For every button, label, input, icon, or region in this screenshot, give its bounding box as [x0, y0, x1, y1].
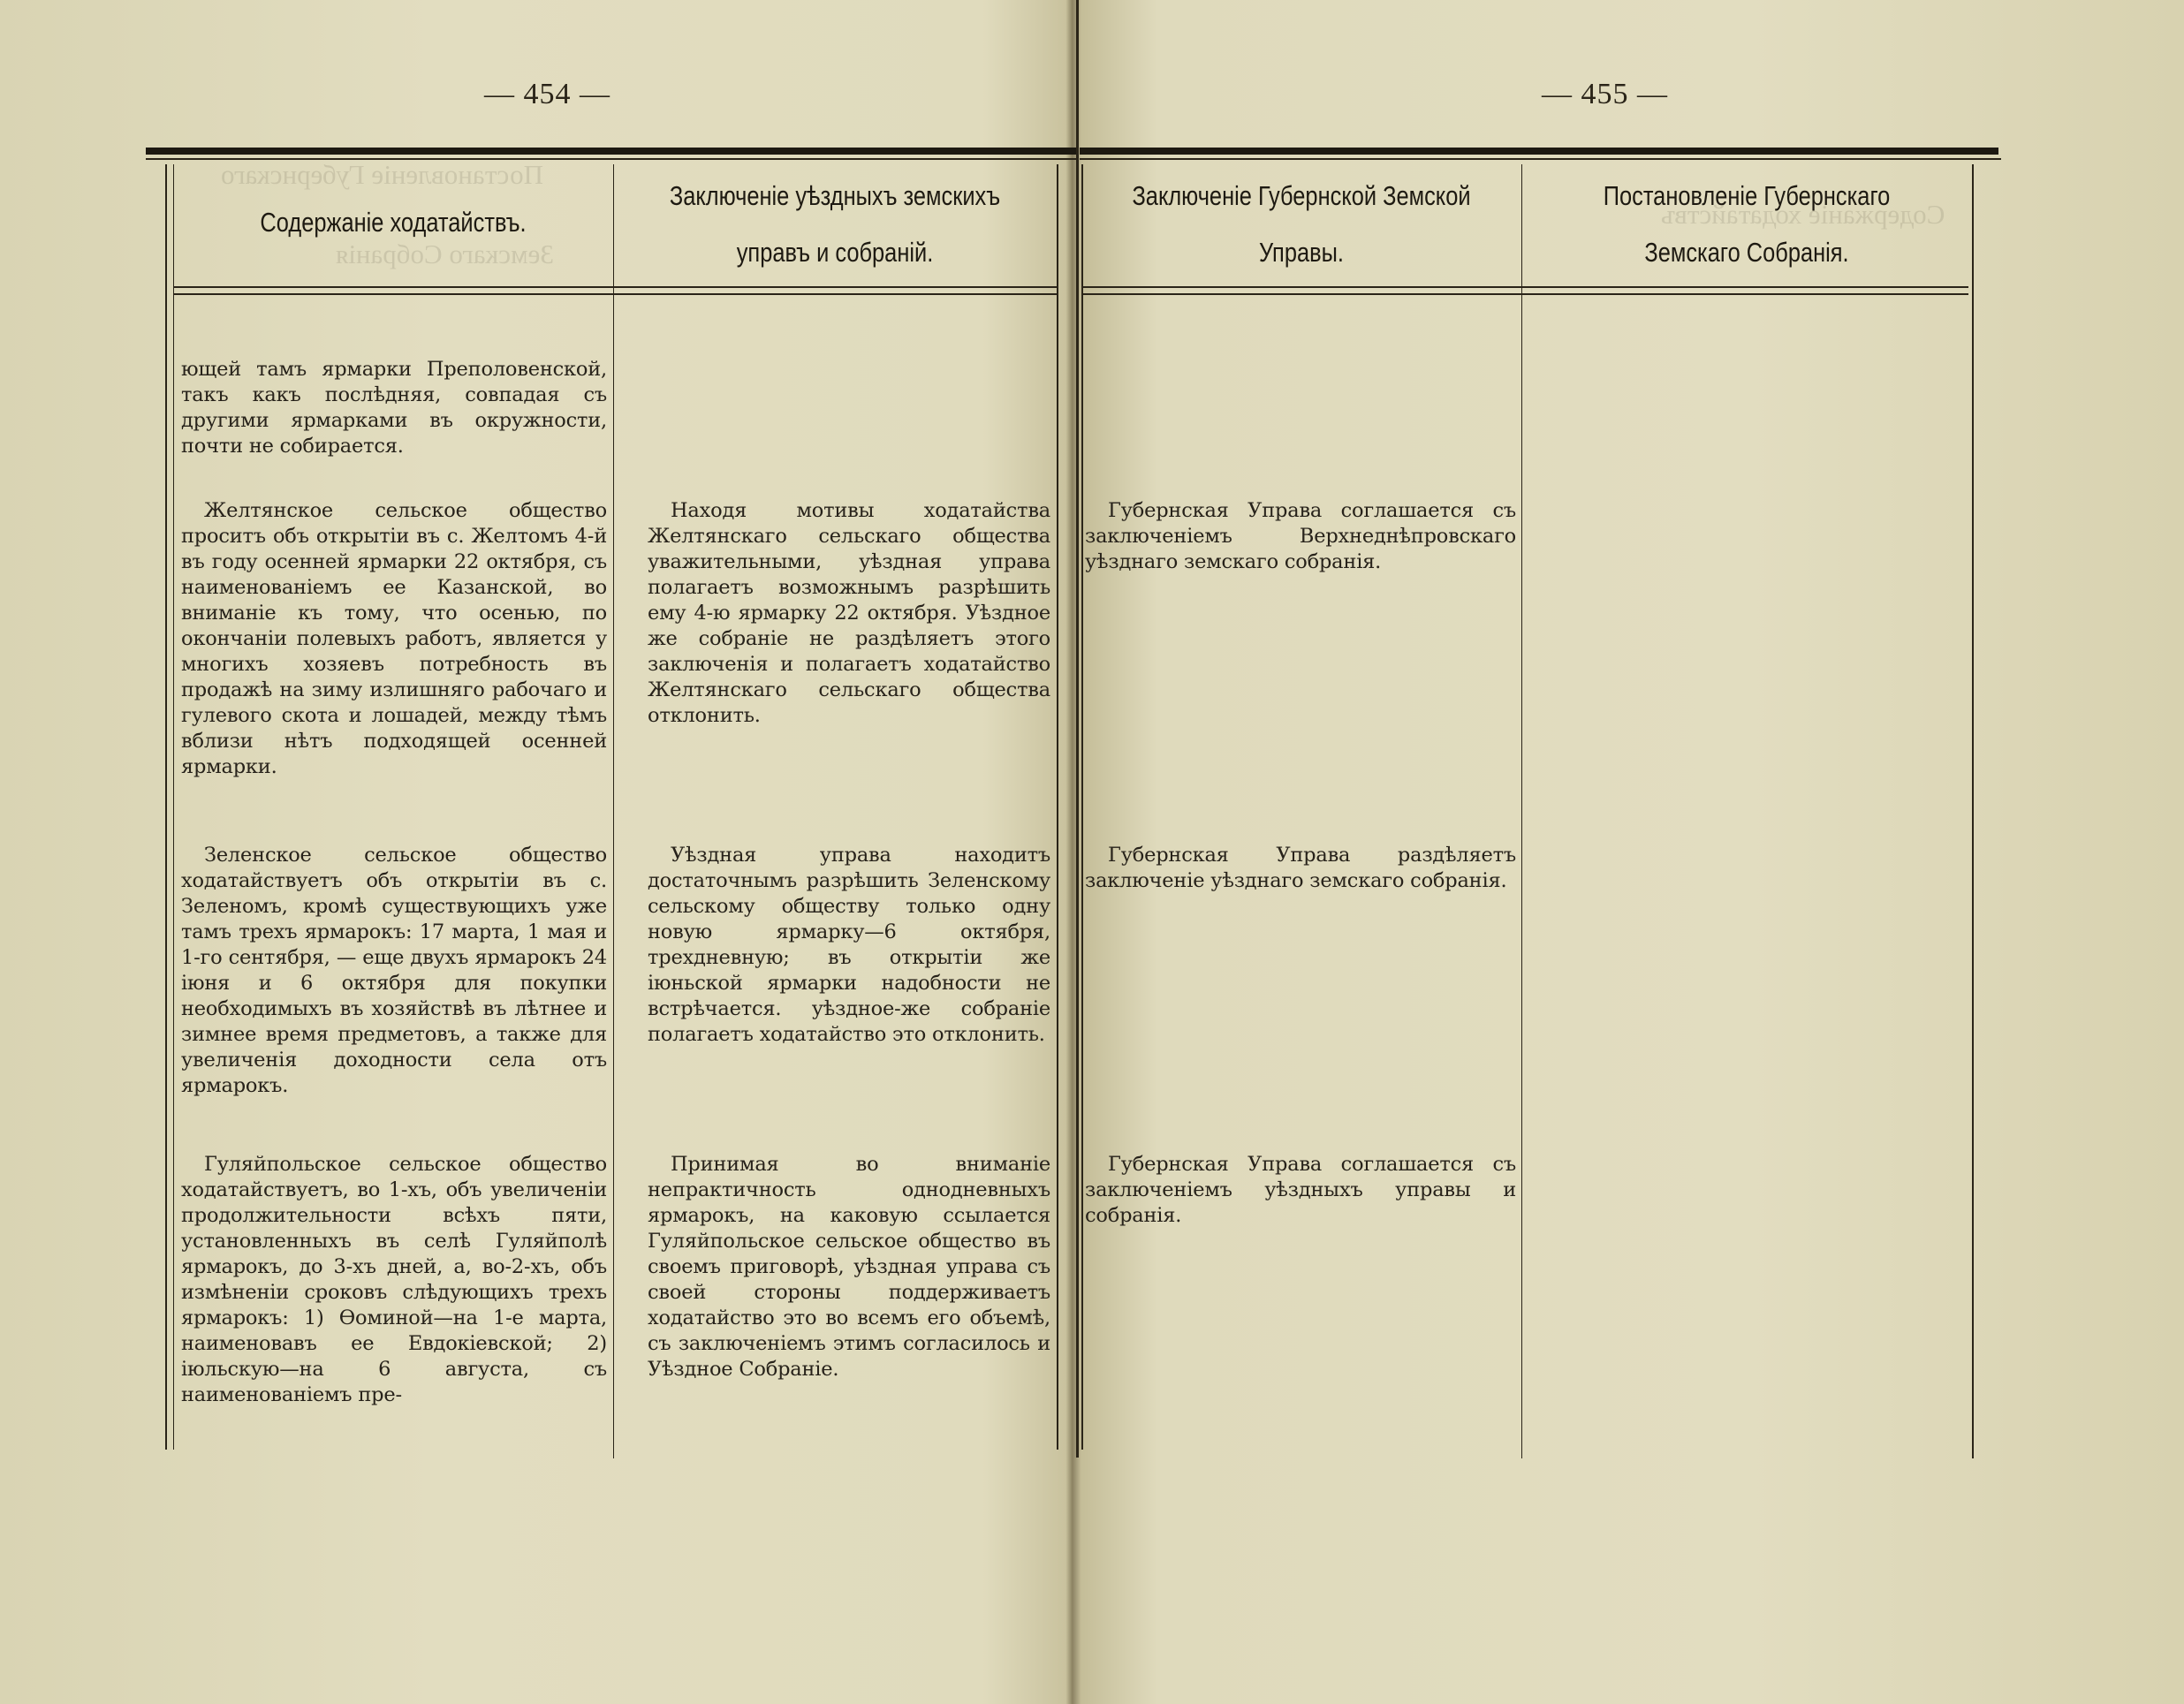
- header-rule-thin-right: [1080, 158, 2001, 160]
- column-divider: [613, 164, 614, 1458]
- petition-text: Гуляйпольское сельское общество ходатайс…: [181, 1152, 607, 1408]
- table-border-right-page-left: [1081, 164, 1083, 1450]
- header-bottom-rule-right: [1081, 286, 1968, 295]
- table-border-left-inner: [173, 164, 174, 1450]
- column-header-provincial-assembly: Постановленіе Губернскаго Земскаго Собра…: [1565, 168, 1929, 281]
- column-header-district-conclusion: Заключеніе уѣздныхъ земскихъ управъ и со…: [656, 168, 1013, 281]
- page-number-left: — 454 —: [484, 78, 610, 111]
- provincial-board-text: Губернская Управа соглашается съ заключе…: [1085, 1152, 1516, 1229]
- petition-text: Желтянское сельское общество проситъ объ…: [181, 498, 607, 780]
- column-header-petition: Содержаніе ходатайствъ.: [216, 194, 571, 251]
- column-divider: [1521, 164, 1522, 1458]
- provincial-board-text: Губернская Управа соглашается съ заключе…: [1085, 498, 1516, 575]
- petition-text: Зеленское сельское общество ходатайствуе…: [181, 843, 607, 1099]
- book-gutter: [1076, 0, 1079, 1458]
- district-conclusion-text: Находя мотивы ходатайства Желтянскаго се…: [648, 498, 1050, 729]
- header-bottom-rule-left: [173, 286, 1057, 295]
- table-border-left-outer: [165, 164, 167, 1450]
- district-conclusion-text: Уѣздная управа находитъ достаточнымъ раз…: [648, 843, 1050, 1048]
- header-rule-thin-left: [146, 158, 1076, 160]
- provincial-board-text: Губернская Управа раздѣляетъ заключеніе …: [1085, 843, 1516, 894]
- table-border-right-outer: [1972, 164, 1974, 1458]
- table-border-left-page-right: [1057, 164, 1058, 1450]
- bleed-through-text: Постановленіе Губернскаго: [221, 159, 543, 191]
- column-header-provincial-board: Заключеніе Губернской Земской Управы.: [1124, 168, 1479, 281]
- book-spread: Постановленіе Губернскаго Земскаго Собра…: [0, 0, 2184, 1704]
- district-conclusion-text: Принимая во вниманіе непрактичность одно…: [648, 1152, 1050, 1382]
- petition-text: ющей тамъ ярмарки Преполовенской, такъ к…: [181, 357, 607, 459]
- header-rule-thick-left: [146, 148, 1076, 155]
- page-number-right: — 455 —: [1542, 78, 1668, 111]
- header-rule-thick-right: [1080, 148, 1998, 155]
